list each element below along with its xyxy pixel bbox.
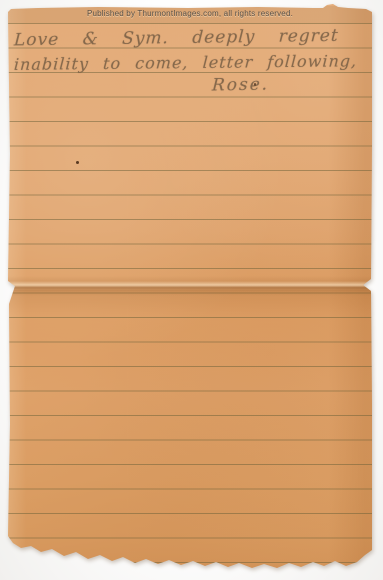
handwriting-line-1: Love & Sym. deeply regret	[13, 26, 348, 51]
handwriting-signature: Rose.	[211, 74, 269, 95]
ink-speck	[76, 161, 79, 164]
watermark-text: Published by ThurmontImages.com, all rig…	[8, 9, 372, 18]
paper-shadow-wrapper: Published by ThurmontImages.com, all rig…	[0, 0, 383, 580]
fold-crease-shadow	[8, 290, 372, 316]
scanned-note-image: Published by ThurmontImages.com, all rig…	[0, 0, 383, 580]
ink-speck	[254, 83, 256, 86]
handwriting-line-2: inability to come, letter following,	[13, 51, 372, 74]
ruled-note-paper: Published by ThurmontImages.com, all rig…	[8, 4, 372, 569]
